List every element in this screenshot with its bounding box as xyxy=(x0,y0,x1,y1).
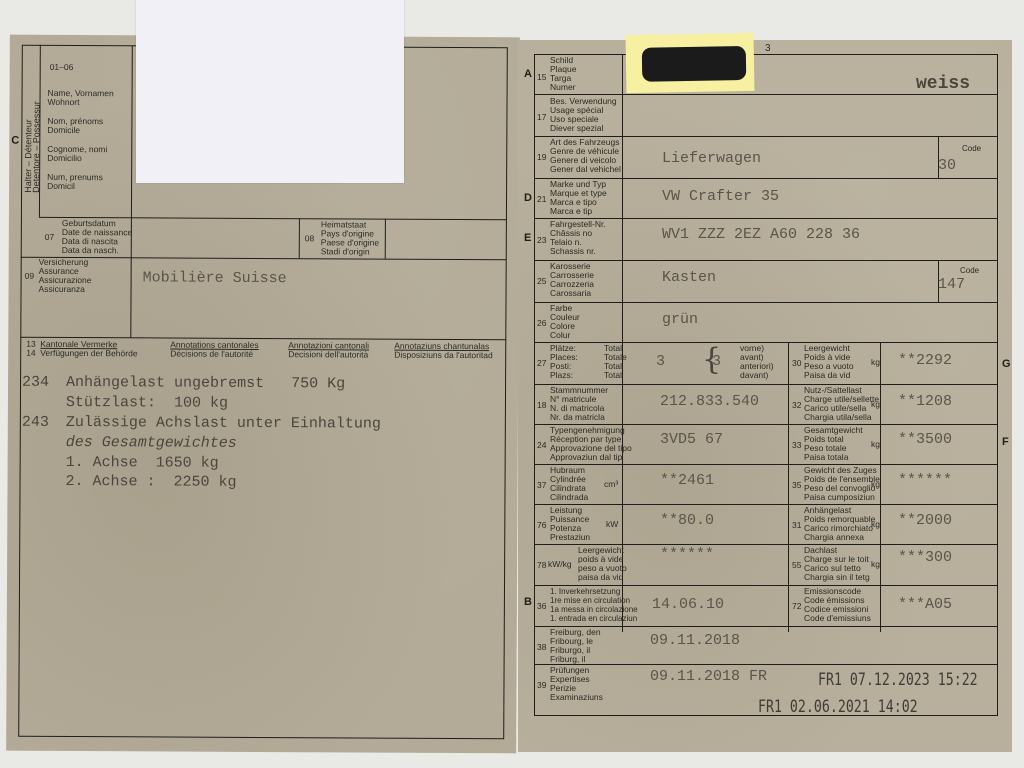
holder-label-rm-2: Domicil xyxy=(47,182,75,192)
body-code-label: Code xyxy=(960,266,979,275)
annotation-code: 234 xyxy=(22,373,49,393)
field-76-num: 76 xyxy=(537,520,546,530)
power-value: **80.0 xyxy=(660,512,714,529)
body-value: Kasten xyxy=(662,269,716,286)
vehicle-kind-code-label: Code xyxy=(962,144,981,153)
birthdate-label-rm: Data da nasch. xyxy=(62,246,119,256)
first-registration-label-rm: 1. entrada en circulaziun xyxy=(550,614,637,624)
holder-label-fr-2: Domicile xyxy=(47,126,80,136)
field-24-num: 24 xyxy=(537,440,546,450)
type-approval-value: 3VD5 67 xyxy=(660,431,723,448)
inspection-stamp: FR1 02.06.2021 14:02 xyxy=(758,697,918,717)
seats-front-value: 3 xyxy=(712,353,721,370)
divider xyxy=(534,260,998,261)
field-07-num: 07 xyxy=(45,232,55,242)
emission-value: ***A05 xyxy=(898,596,952,613)
section-letter-g: G xyxy=(1002,358,1011,370)
plate-label-rm: Numer xyxy=(550,83,576,93)
seats-total-label: Total xyxy=(604,371,622,381)
inspections-label-rm: Examinaziuns xyxy=(550,693,603,703)
field-15-num: 15 xyxy=(537,72,546,82)
trailer-load-value: **2000 xyxy=(898,512,952,529)
annotations-num-14: 14 xyxy=(26,349,36,359)
seats-front-label: davant) xyxy=(740,371,768,381)
displacement-value: **2461 xyxy=(660,472,714,489)
divider xyxy=(385,219,386,259)
seats-total-value: 3 xyxy=(656,353,665,370)
empty-weight-unit: kg xyxy=(871,358,880,368)
field-01-06-code: 01–06 xyxy=(50,63,74,73)
annotation-line: des Gesamtgewichtes xyxy=(66,433,237,453)
make-label-rm: Marca e tip xyxy=(550,207,592,217)
field-25-num: 25 xyxy=(537,276,546,286)
insurance-label-rm: Assicuranza xyxy=(39,285,85,295)
empty-weight-label-rm: Paisa da vid xyxy=(804,371,850,381)
first-registration-value: 14.06.10 xyxy=(652,596,724,613)
section-letter-b: B xyxy=(524,596,532,608)
annotation-line: Stützlast: 100 kg xyxy=(66,393,228,413)
annotations-header-fr-2: Décisions de l'autorité xyxy=(170,350,253,360)
vehicle-kind-code: 30 xyxy=(938,157,956,174)
body-code: 147 xyxy=(938,276,965,293)
color-label-rm: Colur xyxy=(550,331,570,341)
train-weight-unit: kg xyxy=(871,480,880,490)
field-08-num: 08 xyxy=(305,233,315,243)
inspection-stamp: FR1 07.12.2023 15:22 xyxy=(818,670,978,690)
divider xyxy=(534,585,998,586)
roof-load-label-rm: Chargia sin il tetg xyxy=(804,573,870,583)
field-26-num: 26 xyxy=(537,318,546,328)
power-label-rm: Prestaziun xyxy=(550,533,590,543)
payload-value: **1208 xyxy=(898,393,952,410)
make-type-value: VW Crafter 35 xyxy=(662,188,779,205)
page-number: 3 xyxy=(765,43,771,54)
field-27-num: 27 xyxy=(537,358,546,368)
field-23-num: 23 xyxy=(537,235,546,245)
right-page: 3 A 15 Schild Plaque Targa Numer weiss 1… xyxy=(518,40,1012,752)
section-letter-f: F xyxy=(1002,436,1009,448)
total-weight-unit: kg xyxy=(871,440,880,450)
field-35-num: 35 xyxy=(792,480,801,490)
special-use-label-rm: Diever spezial xyxy=(550,124,603,134)
section-letter-e: E xyxy=(524,232,531,244)
displacement-label-rm: Cilindrada xyxy=(550,493,588,503)
type-approval-label-rm: Approvaziun dal tip xyxy=(550,453,622,463)
annotations-header-it-2: Decisioni dell'autorità xyxy=(288,350,368,360)
matricule-label-rm: Nr. da matricla xyxy=(550,413,605,423)
roof-load-value: ***300 xyxy=(898,549,952,566)
matricule-value: 212.833.540 xyxy=(660,393,759,410)
annotation-line: 2. Achse : 2250 kg xyxy=(65,472,236,492)
field-78-num: 78 xyxy=(537,560,546,570)
vehicle-kind-value: Lieferwagen xyxy=(662,150,761,167)
annotations-header-rm-2: Disposiziuns da l'autoritad xyxy=(394,351,493,361)
divider xyxy=(534,626,998,627)
trailer-load-unit: kg xyxy=(871,520,880,530)
power-unit: kW xyxy=(606,520,618,530)
power-weight-prefix: kW/kg xyxy=(548,560,572,570)
field-36-num: 36 xyxy=(537,601,546,611)
field-21-num: 21 xyxy=(537,194,546,204)
trailer-load-label-rm: Chargia annexa xyxy=(804,533,864,543)
plate-color-value: weiss xyxy=(916,74,970,94)
body-label-rm: Carossaria xyxy=(550,289,591,299)
redacted-plate-number xyxy=(642,46,747,82)
section-letter-d: D xyxy=(524,192,532,204)
roof-load-unit: kg xyxy=(871,560,880,570)
divider xyxy=(880,342,881,632)
vehicle-kind-label-rm: Gener dal vehichel xyxy=(550,165,621,175)
field-33-num: 33 xyxy=(792,440,801,450)
chassis-number-value: WV1 ZZZ 2EZ A60 228 36 xyxy=(662,226,860,243)
train-weight-label-rm: Paisa cumposiziun xyxy=(804,493,875,503)
annotation-line: 1. Achse 1650 kg xyxy=(66,453,219,473)
payload-label-rm: Chargia utila/sella xyxy=(804,413,872,423)
insurance-value: Mobilière Suisse xyxy=(143,269,287,287)
field-72-num: 72 xyxy=(792,601,801,611)
displacement-unit: cm³ xyxy=(604,480,618,490)
annotation-line: Anhängelast ungebremst 750 Kg xyxy=(66,373,345,394)
chassis-label-rm: Schassis nr. xyxy=(550,247,596,257)
payload-unit: kg xyxy=(871,400,880,410)
divider xyxy=(534,504,998,505)
cover-card xyxy=(136,0,404,183)
field-31-num: 31 xyxy=(792,520,801,530)
power-weight-label-rm: paisa da vid xyxy=(578,573,623,583)
field-55-num: 55 xyxy=(792,560,801,570)
color-value: grün xyxy=(662,311,698,328)
total-weight-value: **3500 xyxy=(898,431,952,448)
holder-side-label-2: Detentore – Possessur xyxy=(31,101,41,193)
empty-weight-value: **2292 xyxy=(898,352,952,369)
train-weight-value: ****** xyxy=(898,472,952,489)
holder-label-it-2: Domicilio xyxy=(47,154,82,164)
seats-label-rm: Plazs: xyxy=(550,371,573,381)
divider xyxy=(534,664,998,665)
divider xyxy=(299,218,300,258)
inspection-entry: 09.11.2018 FR xyxy=(650,668,767,685)
annotation-line: Zulässige Achslast unter Einhaltung xyxy=(66,413,381,434)
divider xyxy=(534,464,998,465)
divider xyxy=(534,94,998,95)
divider xyxy=(131,217,132,257)
annotation-code: 243 xyxy=(22,413,49,433)
sticky-note xyxy=(626,33,755,93)
field-37-num: 37 xyxy=(537,480,546,490)
field-30-num: 30 xyxy=(792,358,801,368)
field-38-num: 38 xyxy=(537,642,546,652)
field-09-num: 09 xyxy=(25,271,35,281)
issued-date-value: 09.11.2018 xyxy=(650,632,740,649)
power-weight-value: ****** xyxy=(660,546,714,563)
field-18-num: 18 xyxy=(537,400,546,410)
field-17-num: 17 xyxy=(537,112,546,122)
emission-label-rm: Code d'emissiuns xyxy=(804,614,871,624)
section-letter-c: C xyxy=(11,135,19,147)
divider xyxy=(788,342,789,632)
field-39-num: 39 xyxy=(537,680,546,690)
holder-label-de-2: Wohnort xyxy=(47,98,79,108)
field-19-num: 19 xyxy=(537,152,546,162)
divider xyxy=(534,302,998,303)
origin-label-rm: Stadi d'origin xyxy=(321,247,370,257)
total-weight-label-rm: Paisa totala xyxy=(804,453,848,463)
annotations-header-de-2: Verfügungen der Behörde xyxy=(40,349,137,359)
field-32-num: 32 xyxy=(792,400,801,410)
section-letter-a: A xyxy=(524,68,532,80)
